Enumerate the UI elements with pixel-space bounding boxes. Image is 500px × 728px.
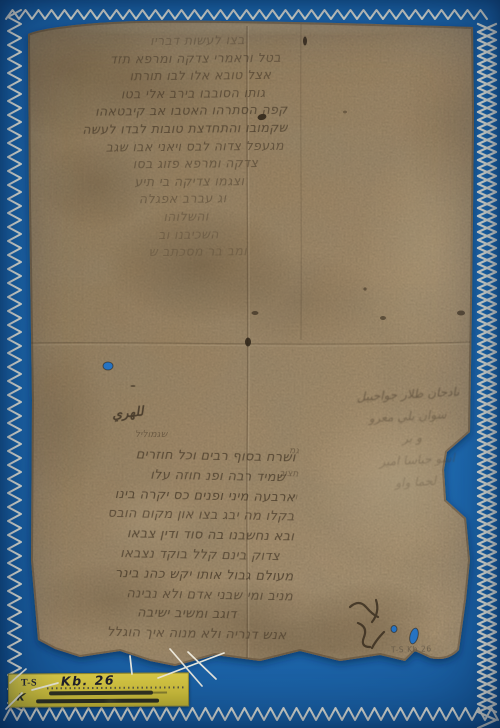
loose-threads [0, 0, 500, 728]
photo-canvas: בצו לעשות דבריו בטל וראמרי צדקה ומרפא תז… [0, 0, 500, 728]
